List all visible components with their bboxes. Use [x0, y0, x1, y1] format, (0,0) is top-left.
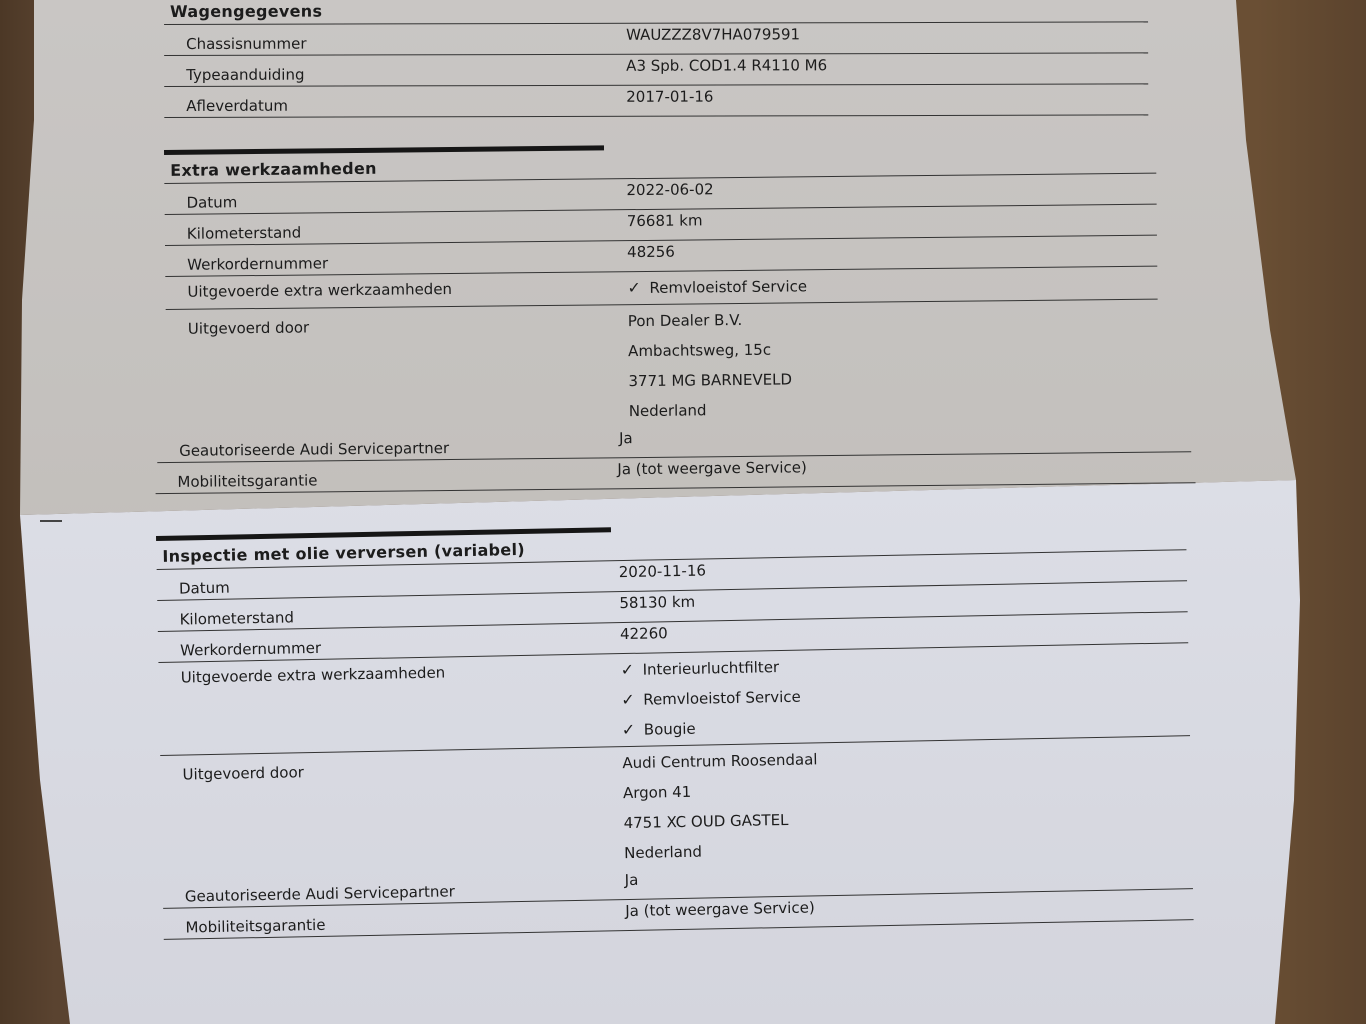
dealer-address: Pon Dealer B.V. Ambachtsweg, 15c 3771 MG… [608, 300, 1159, 428]
service-document: Wagengegevens Chassisnummer WAUZZZ8V7HA0… [0, 0, 1366, 1024]
field-value: 2017-01-16 [606, 84, 1148, 105]
field-label: Werkordernummer [165, 241, 607, 274]
field-value: WAUZZZ8V7HA079591 [606, 22, 1148, 43]
row-typeaanduiding: Typeaanduiding A3 Spb. COD1.4 R4110 M6 [164, 53, 1148, 87]
checkmark-icon: ✓ [621, 686, 644, 714]
row-chassisnummer: Chassisnummer WAUZZZ8V7HA079591 [164, 22, 1148, 56]
task-list: ✓Interieurluchtfilter ✓Remvloeistof Serv… [600, 643, 1190, 746]
field-label: Chassisnummer [164, 24, 606, 53]
section-divider [164, 145, 604, 155]
row-afleverdatum: Afleverdatum 2017-01-16 [164, 84, 1148, 118]
section-wagengegevens: Wagengegevens Chassisnummer WAUZZZ8V7HA0… [164, 0, 1148, 118]
section-inspectie: Inspectie met olie verversen (variabel) … [156, 516, 1194, 940]
task-item: ✓Remvloeistof Service [627, 269, 1157, 305]
dealer-address: Audi Centrum Roosendaal Argon 41 4751 XC… [602, 736, 1192, 869]
task-list: ✓Remvloeistof Service [607, 267, 1157, 305]
checkmark-icon: ✓ [627, 274, 649, 302]
row-uitgevoerd-door: Uitgevoerd door Pon Dealer B.V. Ambachts… [166, 300, 1159, 432]
checkmark-icon: ✓ [622, 716, 645, 744]
field-label: Kilometerstand [165, 210, 607, 243]
field-label: Uitgevoerd door [166, 305, 608, 338]
field-value: A3 Spb. COD1.4 R4110 M6 [606, 53, 1148, 74]
checkmark-icon: ✓ [620, 656, 643, 684]
section-title: Wagengegevens [164, 0, 1148, 25]
field-label: Geautoriseerde Audi Servicepartner [157, 427, 599, 460]
field-label: Typeaanduiding [164, 55, 606, 84]
section-extra-werkzaamheden: Extra werkzaamheden Datum 2022-06-02 Kil… [164, 140, 1160, 494]
field-label: Uitgevoerde extra werkzaamheden [165, 272, 607, 301]
field-label: Afleverdatum [164, 86, 606, 115]
field-label: Datum [164, 179, 606, 212]
row-uitgevoerd-door: Uitgevoerd door Audi Centrum Roosendaal … [160, 736, 1192, 878]
field-label: Mobiliteitsgarantie [155, 458, 597, 491]
